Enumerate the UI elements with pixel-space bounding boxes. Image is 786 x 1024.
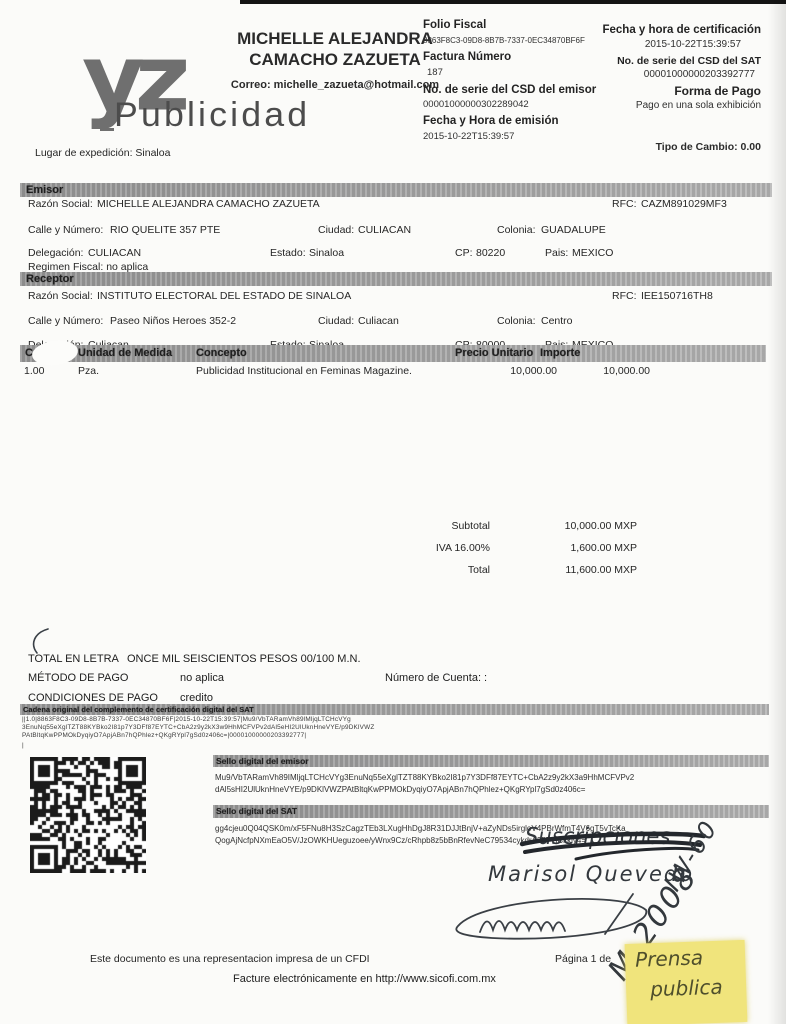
receptor-rfc-value: IEE150716TH8 xyxy=(641,290,713,302)
col-importe: Importe xyxy=(540,347,580,359)
receptor-rfc-label: RFC: xyxy=(612,290,637,302)
lugar-expedicion: Lugar de expedición: Sinaloa xyxy=(35,147,170,159)
forma-pago-value: Pago en una sola exhibición xyxy=(541,100,761,111)
emisor-estado-label: Estado: xyxy=(270,247,306,259)
handwritten-name: Marisol Quevedo xyxy=(488,862,694,886)
emisor-calle-label: Calle y Número: xyxy=(28,224,103,236)
col-concepto: Concepto xyxy=(196,347,247,359)
total-letra-label: TOTAL EN LETRA xyxy=(28,653,119,665)
factura-numero-label: Factura Número xyxy=(423,51,511,63)
subtotal-value: 10,000.00 MXP xyxy=(497,520,637,532)
iva-label: IVA 16.00% xyxy=(370,542,490,554)
qr-code xyxy=(30,757,146,873)
item-concepto: Publicidad Institucional en Feminas Maga… xyxy=(196,365,412,377)
csd-sat-label: No. de serie del CSD del SAT xyxy=(541,55,761,67)
logo-word: Publicidad xyxy=(114,96,310,135)
emisor-colonia-label: Colonia: xyxy=(497,224,536,236)
sello-emisor-header: Sello digital del emisor xyxy=(213,755,769,767)
folio-fiscal-label: Folio Fiscal xyxy=(423,19,486,31)
pen-arc-mark xyxy=(26,626,54,656)
company-name: MICHELLE ALEJANDRA CAMACHO ZAZUETA xyxy=(180,28,490,70)
tipo-cambio: Tipo de Cambio: 0.00 xyxy=(541,141,761,153)
subtotal-label: Subtotal xyxy=(370,520,490,532)
csd-emisor-value: 00001000000302289042 xyxy=(423,99,529,110)
item-precio: 10,000.00 xyxy=(457,365,557,377)
numero-cuenta-label: Número de Cuenta: : xyxy=(385,672,487,684)
emisor-colonia-value: GUADALUPE xyxy=(541,224,606,236)
emisor-razon-label: Razón Social: xyxy=(28,198,93,210)
forma-pago-label: Forma de Pago xyxy=(541,84,761,98)
emisor-cp-label: CP: xyxy=(455,247,473,259)
fecha-cert-label: Fecha y hora de certificación xyxy=(541,24,761,36)
invoice-scan-page: yz Publicidad MICHELLE ALEJANDRA CAMACHO… xyxy=(0,0,786,1024)
condiciones-pago-label: CONDICIONES DE PAGO xyxy=(28,692,158,704)
receptor-colonia-value: Centro xyxy=(541,315,573,327)
item-importe: 10,000.00 xyxy=(560,365,650,377)
factura-numero-value: 187 xyxy=(427,67,443,78)
receptor-calle-value: Paseo Niños Heroes 352-2 xyxy=(110,315,236,327)
highlight-note-line1: Prensa xyxy=(635,945,704,971)
emisor-cp-value: 80220 xyxy=(476,247,505,259)
receptor-ciudad-value: Culiacan xyxy=(358,315,399,327)
receptor-razon-value: INSTITUTO ELECTORAL DEL ESTADO DE SINALO… xyxy=(97,290,351,302)
emisor-estado-value: Sinaloa xyxy=(309,247,344,259)
emisor-razon-value: MICHELLE ALEJANDRA CAMACHO ZAZUETA xyxy=(97,198,320,210)
metodo-pago-label: MÉTODO DE PAGO xyxy=(28,672,128,684)
fecha-emision-value: 2015-10-22T15:39:57 xyxy=(423,131,514,142)
scan-right-shadow xyxy=(768,0,786,1024)
emisor-pais-label: Pais: xyxy=(545,247,568,259)
condiciones-pago-value: credito xyxy=(180,692,213,704)
item-unidad: Pza. xyxy=(78,365,99,377)
emisor-ciudad-value: CULIACAN xyxy=(358,224,411,236)
emisor-rfc-value: CAZM891029MF3 xyxy=(641,198,727,210)
fecha-emision-label: Fecha y Hora de emisión xyxy=(423,115,559,127)
emisor-ciudad-label: Ciudad: xyxy=(318,224,354,236)
emisor-calle-value: RIO QUELITE 357 PTE xyxy=(110,224,220,236)
page-label: Página 1 de xyxy=(555,953,611,965)
cadena-line3: PAtBltqKwPPMOkDyqiyO7ApjABn7hQPhlez+QKgR… xyxy=(22,732,306,741)
iva-value: 1,600.00 MXP xyxy=(497,542,637,554)
highlighted-note: Prensa publica xyxy=(625,940,748,1024)
scan-edge-artifact xyxy=(240,0,786,4)
items-table-header-bar: Cantidad Unidad de Medida Concepto Preci… xyxy=(20,345,766,362)
emisor-delegacion-label: Delegación: xyxy=(28,247,83,259)
item-cantidad: 1.00 xyxy=(24,365,44,377)
highlight-note-line2: publica xyxy=(650,975,723,1002)
emisor-pais-value: MEXICO xyxy=(572,247,613,259)
sello-emisor-line1: Mu9/VbTARamVh89IMljqLTCHcVYg3EnuNq55eXgl… xyxy=(215,772,634,783)
receptor-colonia-label: Colonia: xyxy=(497,315,536,327)
col-precio: Precio Unitario xyxy=(455,347,533,359)
col-unidad: Unidad de Medida xyxy=(78,347,172,359)
receptor-calle-label: Calle y Número: xyxy=(28,315,103,327)
metodo-pago-value: no aplica xyxy=(180,672,224,684)
emisor-section-header: Emisor xyxy=(20,183,772,197)
logo-underline xyxy=(100,128,114,131)
footer-line2: Facture electrónicamente en http://www.s… xyxy=(233,973,496,985)
sello-sat-header: Sello digital del SAT xyxy=(213,805,769,818)
csd-sat-value: 00001000000203392777 xyxy=(541,69,755,80)
cadena-line4: | xyxy=(22,742,24,751)
receptor-razon-label: Razón Social: xyxy=(28,290,93,302)
sello-emisor-line2: dAl5sHI2UlUknHneVYE/p9DKlVWZPAtBltqKwPPM… xyxy=(215,784,585,795)
footer-line1: Este documento es una representacion imp… xyxy=(90,953,370,965)
total-value: 11,600.00 MXP xyxy=(497,564,637,576)
fecha-cert-value: 2015-10-22T15:39:57 xyxy=(541,39,741,50)
total-label: Total xyxy=(370,564,490,576)
receptor-section-header: Receptor xyxy=(20,272,772,286)
receptor-ciudad-label: Ciudad: xyxy=(318,315,354,327)
emisor-rfc-label: RFC: xyxy=(612,198,637,210)
signature-scribble xyxy=(450,888,655,946)
total-letra-value: ONCE MIL SEISCIENTOS PESOS 00/100 M.N. xyxy=(127,653,361,665)
cadena-original-header: Cadena original del complemento de certi… xyxy=(20,704,769,715)
emisor-delegacion-value: CULIACAN xyxy=(88,247,141,259)
